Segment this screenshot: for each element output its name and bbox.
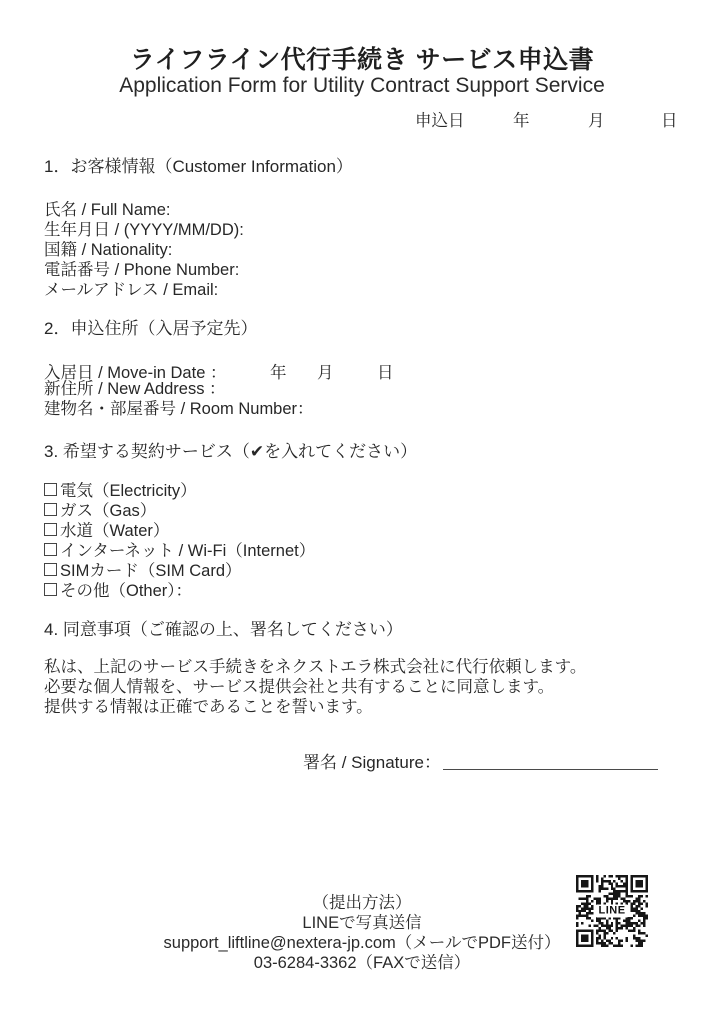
- form-title-en: Application Form for Utility Contract Su…: [0, 74, 724, 98]
- movein-date-row: 入居日 / Move-in Date ： 年 月 日: [0, 359, 724, 379]
- month-label: 月: [588, 107, 605, 131]
- agreement-line: 提供する情報は正確であることを誓います。: [44, 697, 586, 717]
- service-option-row: SIMカード（SIM Card）: [44, 559, 315, 579]
- checkbox-internet[interactable]: [44, 543, 57, 556]
- checkbox-gas[interactable]: [44, 503, 57, 516]
- month-label: 月: [317, 359, 334, 383]
- application-date-label: 申込日: [415, 107, 465, 131]
- email-field: メールアドレス / Email:: [44, 280, 244, 300]
- service-option-row: 電気（Electricity）: [44, 479, 315, 499]
- signature-row: 署名 / Signature：: [303, 751, 658, 775]
- day-label: 日: [377, 359, 394, 383]
- line-qr-code: LINE: [576, 875, 648, 947]
- phone-field: 電話番号 / Phone Number:: [44, 260, 244, 280]
- service-option-row: 水道（Water）: [44, 519, 315, 539]
- checkbox-electricity[interactable]: [44, 483, 57, 496]
- checkbox-sim-card[interactable]: [44, 563, 57, 576]
- section-1-heading: 1．お客様情報（Customer Information）: [44, 156, 353, 178]
- service-option-row: その他（Other）：: [44, 579, 315, 599]
- year-label: 年: [513, 107, 530, 131]
- section-3-heading: 3. 希望する契約サービス（✔を入れてください）: [44, 441, 417, 463]
- service-option-row: ガス（Gas）: [44, 499, 315, 519]
- day-label: 日: [661, 107, 678, 131]
- section-4-heading: 4. 同意事項（ご確認の上、署名してください）: [44, 619, 403, 641]
- new-address-field: 新住所 / New Address ：: [44, 379, 314, 399]
- agreement-line: 私は、上記のサービス手続きをネクストエラ株式会社に代行依頼します。: [44, 657, 586, 677]
- submission-fax: 03-6284-3362（FAXで送信）: [0, 953, 724, 973]
- customer-fields: 氏名 / Full Name: 生年月日 / (YYYY/MM/DD): 国籍 …: [44, 200, 244, 300]
- signature-line[interactable]: [443, 755, 658, 770]
- service-options-list: 電気（Electricity） ガス（Gas） 水道（Water） インターネッ…: [44, 479, 315, 599]
- checkbox-water[interactable]: [44, 523, 57, 536]
- application-date-row: 申込日 年 月 日: [0, 107, 724, 129]
- agreement-text: 私は、上記のサービス手続きをネクストエラ株式会社に代行依頼します。 必要な個人情…: [44, 657, 586, 717]
- agreement-line: 必要な個人情報を、サービス提供会社と共有することに同意します。: [44, 677, 586, 697]
- application-form-page: ライフライン代行手続き サービス申込書 Application Form for…: [0, 0, 724, 1024]
- nationality-field: 国籍 / Nationality:: [44, 240, 244, 260]
- address-fields: 新住所 / New Address ： 建物名・部屋番号 / Room Numb…: [44, 379, 314, 419]
- service-option-label: その他（Other）：: [60, 577, 192, 601]
- checkbox-other[interactable]: [44, 583, 57, 596]
- full-name-field: 氏名 / Full Name:: [44, 200, 244, 220]
- room-number-field: 建物名・部屋番号 / Room Number：: [44, 399, 314, 419]
- service-option-row: インターネット / Wi-Fi（Internet）: [44, 539, 315, 559]
- section-2-heading: 2．申込住所（入居予定先）: [44, 318, 257, 340]
- signature-label: 署名 / Signature：: [303, 753, 441, 772]
- form-title-jp: ライフライン代行手続き サービス申込書: [0, 40, 724, 76]
- birthdate-field: 生年月日 / (YYYY/MM/DD):: [44, 220, 244, 240]
- qr-line-label: LINE: [596, 905, 627, 918]
